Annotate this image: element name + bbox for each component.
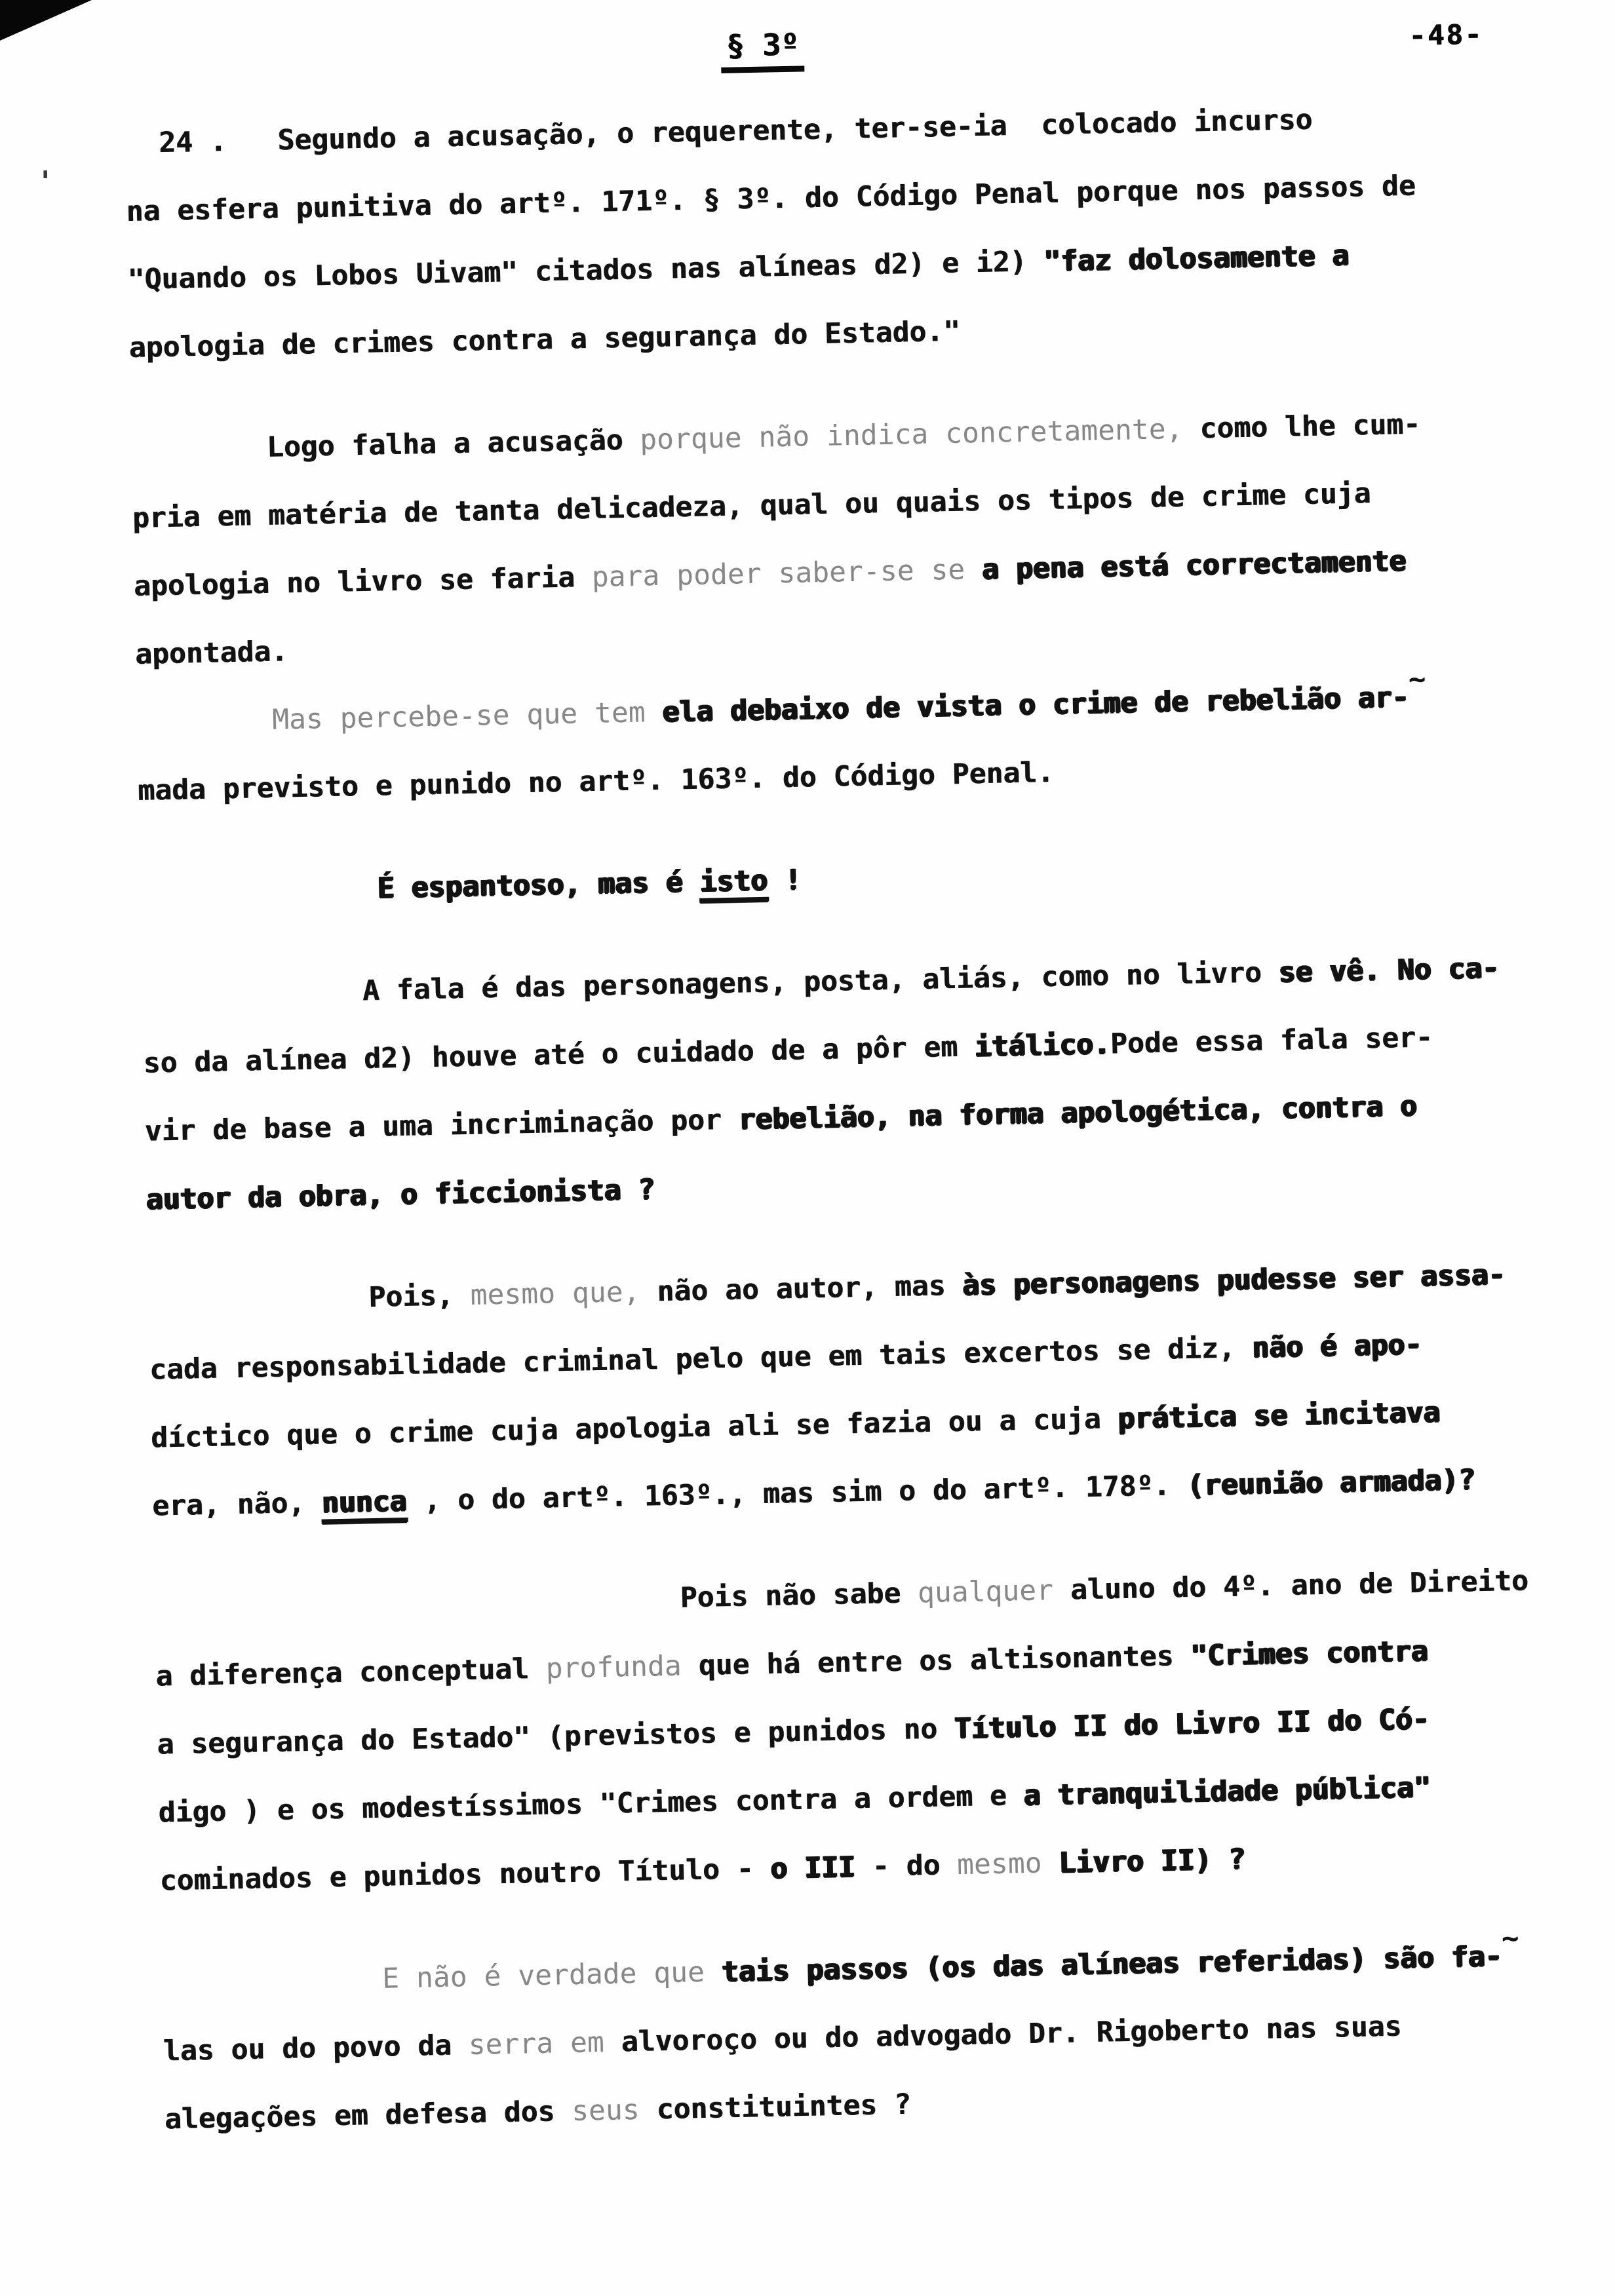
text-segment: Pois, xyxy=(147,1279,471,1318)
text-segment: E não é verdade que xyxy=(382,1955,722,1995)
text-segment: mesmo xyxy=(957,1846,1059,1881)
text-segment: o III xyxy=(770,1850,855,1885)
document-page: ' § 3º -48- 24 . Segundo a acusação, o r… xyxy=(0,0,1615,2296)
text-segment: A fala é das personagens, posta, aliás, … xyxy=(142,956,1279,1012)
text-segment: aluno do 4º. ano de Direito xyxy=(1070,1565,1528,1607)
text-segment: a tranquilidade pública" xyxy=(1023,1771,1431,1812)
typewritten-content: § 3º -48- 24 . Segundo a acusação, o req… xyxy=(0,0,1615,2296)
text-segment: Título II do Livro II do Có- xyxy=(954,1703,1430,1746)
text-segment: "Quando os Lobos Uivam" citados nas alín… xyxy=(127,245,1044,296)
text-segment: apologia no livro se faria xyxy=(133,561,592,603)
text-segment: constituintes ? xyxy=(656,2088,911,2126)
text-segment: isto xyxy=(699,864,768,898)
section-heading: § 3º xyxy=(720,26,804,73)
text-segment: Pode essa fala ser- xyxy=(1110,1021,1433,1060)
text-segment: cominados e punidos noutro Título - xyxy=(159,1852,771,1898)
text-segment xyxy=(140,872,378,909)
text-segment: Logo falha a acusação xyxy=(130,424,640,467)
text-segment: que há entre os altisonantes xyxy=(698,1639,1191,1682)
text-segment: "faz dolosamente a xyxy=(1043,239,1350,278)
page-number: -48- xyxy=(1409,18,1483,52)
text-segment: Mas percebe-se que tem xyxy=(272,696,663,737)
text-segment: (reunião armada)? xyxy=(1187,1463,1476,1502)
text-segment xyxy=(136,704,273,739)
text-segment: como lhe cum- xyxy=(1182,408,1420,446)
text-segment: a pena está correctamente xyxy=(982,545,1407,586)
text-segment: prática se incitava xyxy=(1118,1396,1441,1435)
text-segment: era, não, xyxy=(152,1487,322,1523)
text-segment: profunda xyxy=(545,1649,699,1685)
text-segment: rebelião, na forma apologética, contra o xyxy=(738,1090,1417,1136)
text-segment: mesmo que, xyxy=(470,1276,640,1312)
text-segment: "Crimes contra xyxy=(1190,1635,1428,1672)
text-segment: las ou do povo da xyxy=(163,2029,469,2067)
text-segment: digo ) e os modestíssimos "Crimes contra… xyxy=(158,1779,1024,1829)
text-segment: 24 . Segundo a acusação, o requerente, t… xyxy=(125,104,1313,160)
text-segment: Pois não sabe xyxy=(154,1577,918,1624)
text-segment: não é apo- xyxy=(1252,1328,1422,1364)
text-segment: mada previsto e punido no artº. 163º. do… xyxy=(138,756,1055,807)
text-segment: pria em matéria de tanta delicadeza, qua… xyxy=(132,477,1371,535)
text-segment: serra em xyxy=(468,2026,621,2062)
text-segment: na esfera punitiva do artº. 171º. § 3º. … xyxy=(126,170,1416,228)
text-line: É espantoso, mas é isto ! xyxy=(139,830,1595,927)
text-segment: às personagens pudesse ser assa- xyxy=(962,1258,1506,1302)
text-segment: itálico. xyxy=(974,1027,1110,1063)
text-segment: autor da obra, o ficcionista ? xyxy=(146,1173,655,1216)
text-segment: se vê. No ca- xyxy=(1278,951,1499,989)
text-segment: É espantoso, mas é xyxy=(377,866,700,905)
text-segment: cada responsabilidade criminal pelo que … xyxy=(149,1331,1252,1387)
text-segment: tais passos (os das alíneas referidas) s… xyxy=(721,1940,1502,1989)
text-segment: díctico que o crime cuja apologia ali se… xyxy=(151,1402,1118,1455)
text-segment: so da alínea d2) houve até o cuidado de … xyxy=(143,1030,975,1079)
text-segment: ~ xyxy=(1501,1922,1519,1955)
document-body: 24 . Segundo a acusação, o requerente, t… xyxy=(124,81,1615,2154)
text-segment: Livro II) ? xyxy=(1059,1843,1246,1879)
text-segment: apologia de crimes contra a segurança do… xyxy=(128,315,960,364)
text-segment: a diferença conceptual xyxy=(155,1653,546,1693)
text-segment: ela debaixo de vista o crime de rebelião… xyxy=(662,681,1409,729)
text-segment: qualquer xyxy=(918,1574,1071,1610)
text-segment: ~ xyxy=(1408,663,1426,697)
text-segment: não ao autor, mas xyxy=(640,1269,963,1309)
text-segment xyxy=(161,1962,382,2000)
text-segment: apontada. xyxy=(135,635,288,671)
text-segment: seus xyxy=(572,2094,657,2128)
text-segment: , o do artº. 163º., mas sim o do artº. 1… xyxy=(406,1469,1188,1518)
text-segment: para poder saber-se se xyxy=(591,553,982,594)
text-segment: - do xyxy=(855,1848,957,1883)
text-segment: a segurança do Estado" (previstos e puni… xyxy=(157,1712,955,1761)
text-segment: vir de base a uma incriminação por xyxy=(144,1103,739,1148)
text-segment: ! xyxy=(768,864,802,897)
text-segment: alegações em defesa dos xyxy=(164,2095,572,2135)
text-segment: alvoroço ou do advogado Dr. Rigoberto na… xyxy=(621,2010,1402,2059)
text-segment: nunca xyxy=(321,1485,406,1520)
text-segment: porque não indica concretamente, xyxy=(640,413,1183,457)
